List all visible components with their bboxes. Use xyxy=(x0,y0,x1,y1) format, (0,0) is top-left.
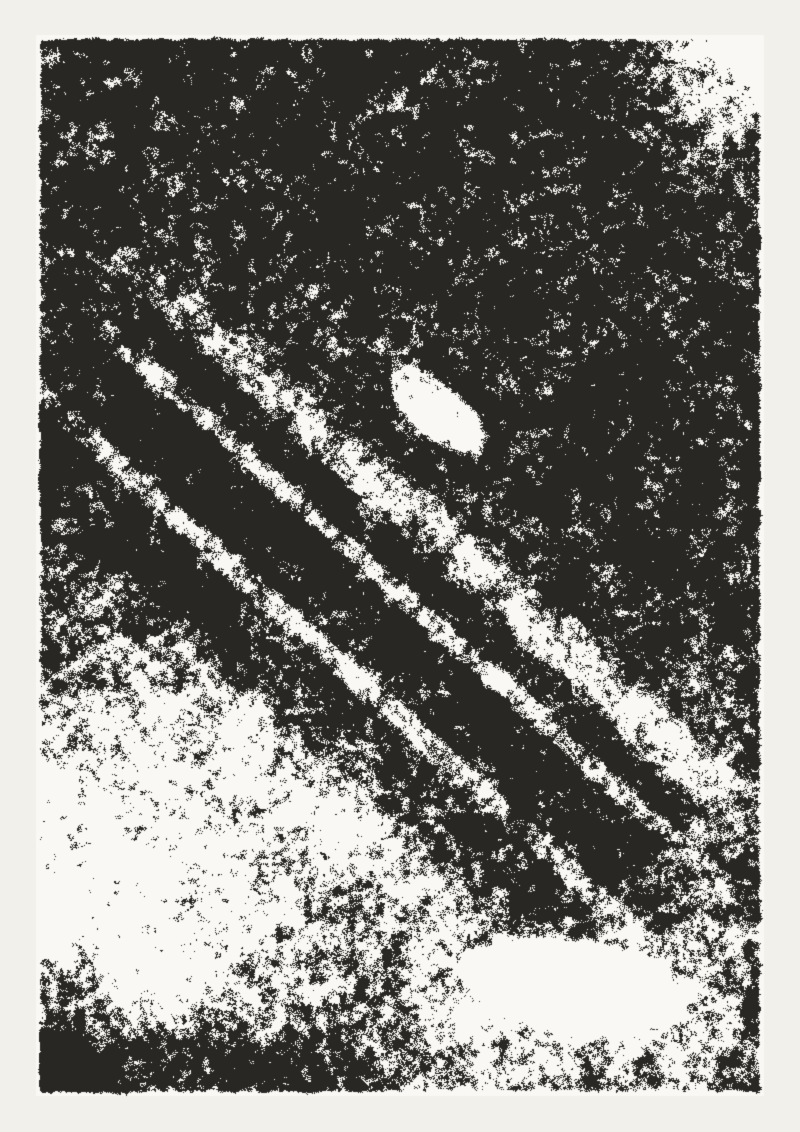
halftone-photo-canvas xyxy=(0,0,800,1132)
scanned-page xyxy=(0,0,800,1132)
